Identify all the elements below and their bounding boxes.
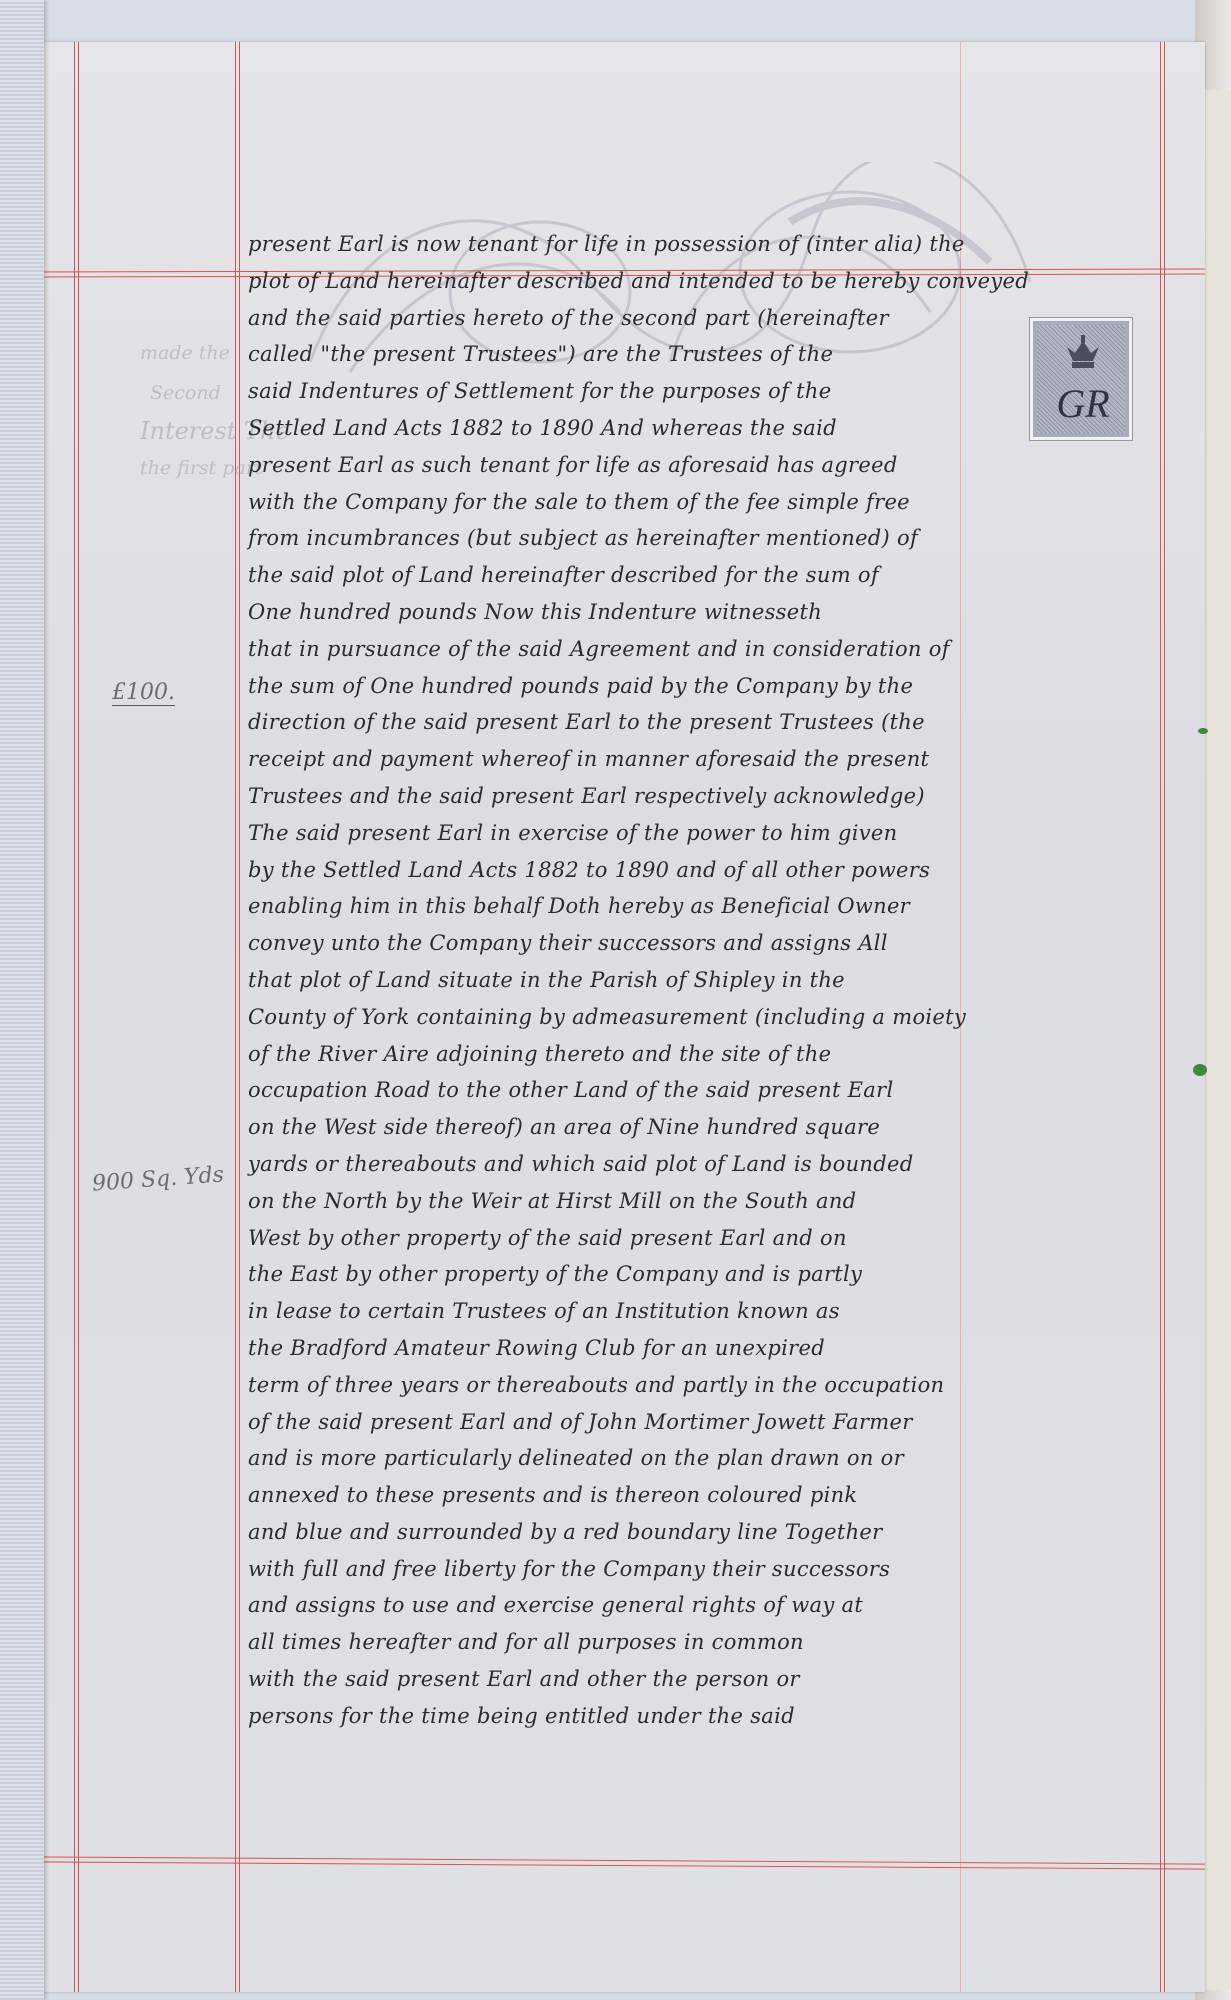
text-line: West by other property of the said prese…: [248, 1220, 1148, 1257]
text-line: convey unto the Company their successors…: [248, 925, 1148, 962]
text-line: and is more particularly delineated on t…: [248, 1440, 1148, 1477]
text-line: the Bradford Amateur Rowing Club for an …: [248, 1330, 1148, 1367]
text-line: term of three years or thereabouts and p…: [248, 1367, 1148, 1404]
text-line: with the said present Earl and other the…: [248, 1661, 1148, 1698]
text-line: that plot of Land situate in the Parish …: [248, 962, 1148, 999]
text-line: annexed to these presents and is thereon…: [248, 1477, 1148, 1514]
text-line: and the said parties hereto of the secon…: [248, 300, 1148, 337]
text-line: called "the present Trustees") are the T…: [248, 336, 1148, 373]
text-line: of the River Aire adjoining thereto and …: [248, 1036, 1148, 1073]
text-line: direction of the said present Earl to th…: [248, 704, 1148, 741]
text-line: receipt and payment whereof in manner af…: [248, 741, 1148, 778]
binding-ribbon: [0, 0, 44, 2000]
text-line: on the North by the Weir at Hirst Mill o…: [248, 1183, 1148, 1220]
text-line: One hundred pounds Now this Indenture wi…: [248, 594, 1148, 631]
text-line: on the West side thereof) an area of Nin…: [248, 1109, 1148, 1146]
text-line: of the said present Earl and of John Mor…: [248, 1404, 1148, 1441]
margin-note-area: 900 Sq. Yds: [91, 1162, 224, 1196]
text-line: the said plot of Land hereinafter descri…: [248, 557, 1148, 594]
show-through-text: made the: [140, 342, 230, 364]
text-line: present Earl as such tenant for life as …: [248, 447, 1148, 484]
text-line: from incumbrances (but subject as herein…: [248, 520, 1148, 557]
text-line: yards or thereabouts and which said plot…: [248, 1146, 1148, 1183]
text-line: the sum of One hundred pounds paid by th…: [248, 668, 1148, 705]
text-line: plot of Land hereinafter described and i…: [248, 263, 1148, 300]
text-line: occupation Road to the other Land of the…: [248, 1072, 1148, 1109]
text-line: the East by other property of the Compan…: [248, 1256, 1148, 1293]
deed-body: present Earl is now tenant for life in p…: [248, 226, 1148, 1735]
text-line: enabling him in this behalf Doth hereby …: [248, 888, 1148, 925]
binding-thread: [1193, 1064, 1207, 1076]
text-line: with the Company for the sale to them of…: [248, 484, 1148, 521]
text-line: that in pursuance of the said Agreement …: [248, 631, 1148, 668]
text-line: and assigns to use and exercise general …: [248, 1587, 1148, 1624]
bottom-rule: [30, 1856, 1205, 1869]
text-line: Trustees and the said present Earl respe…: [248, 778, 1148, 815]
text-line: in lease to certain Trustees of an Insti…: [248, 1293, 1148, 1330]
margin-note-sum: £100.: [112, 680, 175, 706]
show-through-text: the first part: [140, 457, 263, 479]
text-line: all times hereafter and for all purposes…: [248, 1624, 1148, 1661]
text-line: with full and free liberty for the Compa…: [248, 1551, 1148, 1588]
right-margin-rule: [1160, 42, 1165, 1992]
text-line: and blue and surrounded by a red boundar…: [248, 1514, 1148, 1551]
text-line: persons for the time being entitled unde…: [248, 1698, 1148, 1735]
text-margin-rule: [235, 42, 240, 1992]
text-line: present Earl is now tenant for life in p…: [248, 226, 1148, 263]
binding-thread: [1198, 728, 1208, 734]
show-through-text: Second: [150, 382, 221, 404]
text-line: The said present Earl in exercise of the…: [248, 815, 1148, 852]
left-margin-rule: [74, 42, 79, 1992]
text-line: County of York containing by admeasureme…: [248, 999, 1148, 1036]
text-line: by the Settled Land Acts 1882 to 1890 an…: [248, 852, 1148, 889]
text-line: said Indentures of Settlement for the pu…: [248, 373, 1148, 410]
text-line: Settled Land Acts 1882 to 1890 And where…: [248, 410, 1148, 447]
